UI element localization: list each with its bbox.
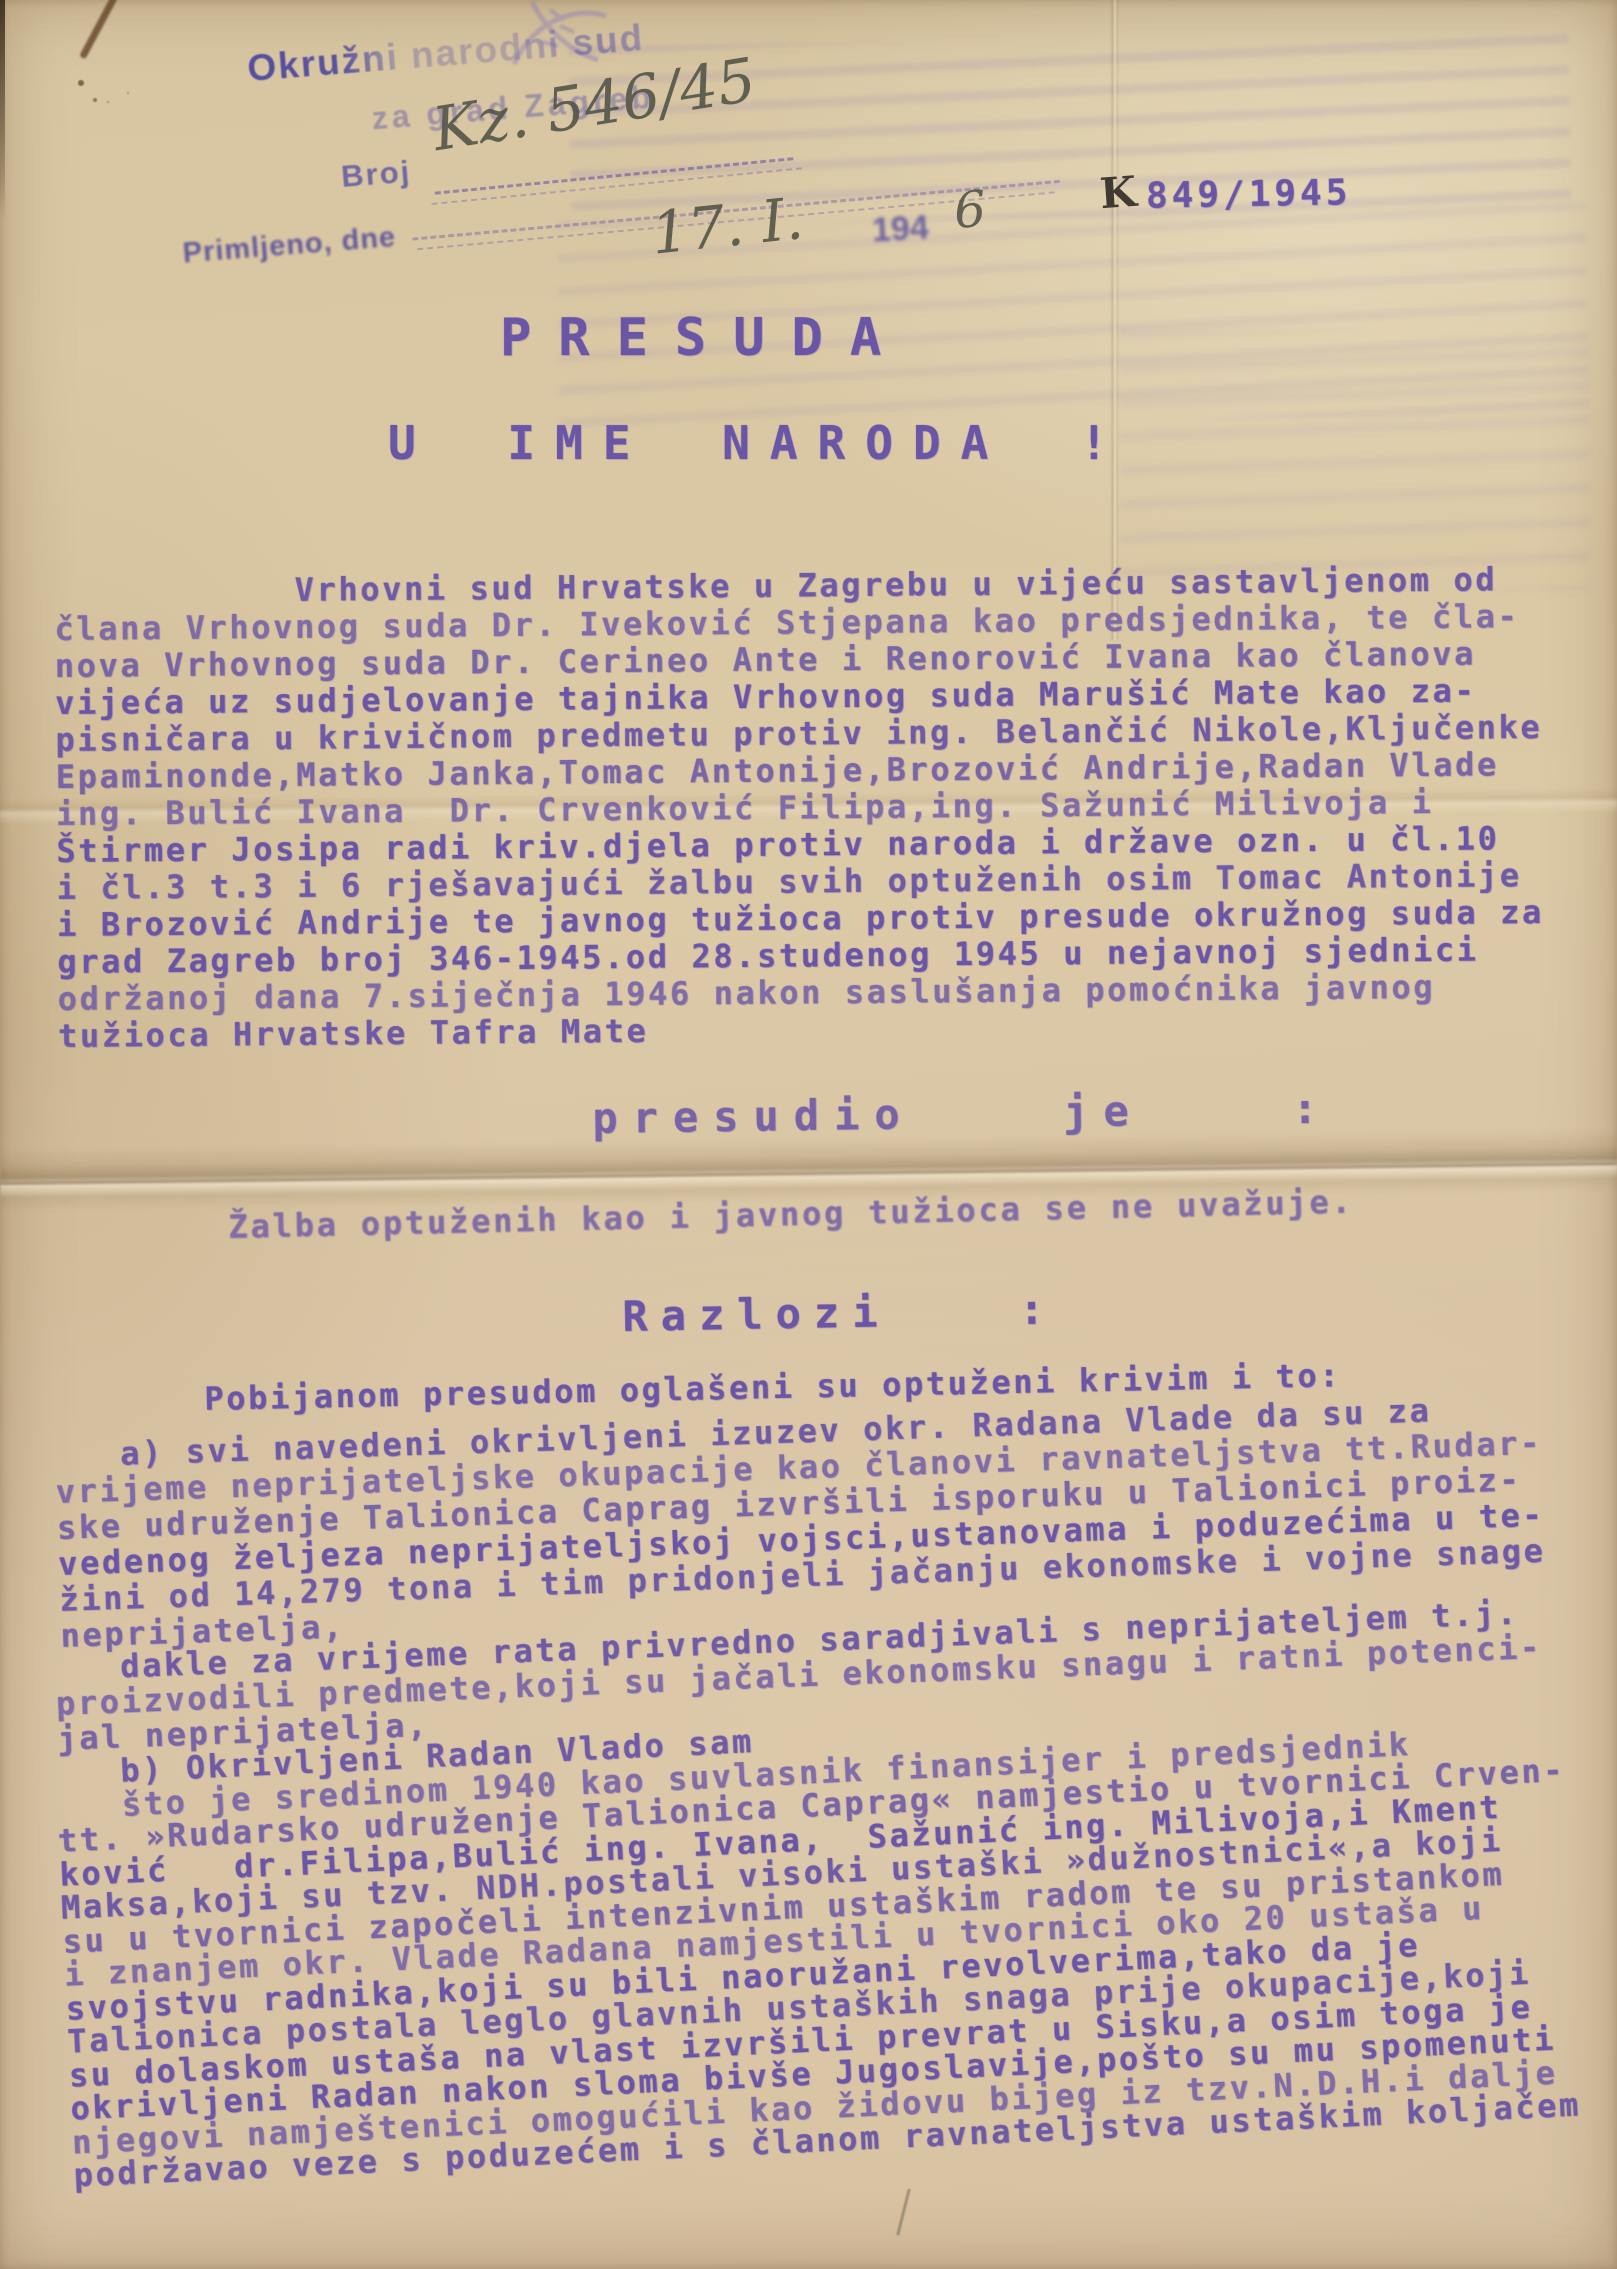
pencil-mark xyxy=(896,2188,911,2235)
intro-paragraph: Vrhovni sud Hrvatske u Zagrebu u vijeću … xyxy=(54,561,1545,1055)
in-the-name-of-people-subtitle: U IME NARODA ! xyxy=(388,416,1128,470)
court-stamp: Okružni narodni sud za grad Zagreb Broj … xyxy=(170,0,1108,299)
bleed-through-ghost-text xyxy=(1120,330,1590,590)
judgment-title: PRESUDA xyxy=(500,308,908,368)
case-number-k: K xyxy=(1098,167,1138,218)
ink-stroke-stain xyxy=(79,0,118,60)
stamp-year-194: 194 xyxy=(871,209,930,251)
stain-specks xyxy=(78,80,84,86)
reasons-heading: Razlozi : xyxy=(622,1284,1058,1341)
broj-dotted-line xyxy=(435,157,794,194)
stamp-broj-label: Broj xyxy=(340,154,413,195)
vertical-crease xyxy=(1110,0,1119,640)
left-edge-shadow xyxy=(0,0,5,220)
handwritten-date-day: 17. I. xyxy=(648,184,806,268)
point-b-paragraph: b) Okrivljeni Radan Vlado sam što je sre… xyxy=(54,1687,1582,2193)
handwritten-year-digit: 6 xyxy=(952,180,988,240)
case-number: 849/1945 xyxy=(1146,172,1352,217)
verdict-heading: presudio je : xyxy=(592,1084,1333,1143)
stamp-received-label: Primljeno, dne xyxy=(182,221,398,271)
scanned-court-judgment-page: Okružni narodni sud za grad Zagreb Broj … xyxy=(0,0,1617,2269)
